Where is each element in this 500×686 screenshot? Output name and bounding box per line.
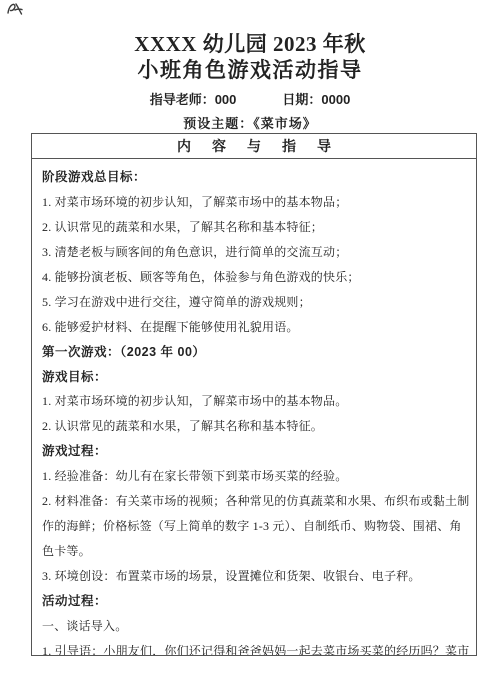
content-line: 6. 能够爱护材料、在提醒下能够使用礼貌用语。 bbox=[42, 315, 470, 340]
corner-scribble-icon bbox=[6, 2, 23, 16]
content-line: 1. 经验准备：幼儿有在家长带领下到菜市场买菜的经验。 bbox=[42, 464, 470, 489]
content-line: 1. 对菜市场环境的初步认知，了解菜市场中的基本物品； bbox=[42, 190, 470, 215]
doc-title-line1: XXXX 幼儿园 2023 年秋 bbox=[0, 31, 500, 57]
content-line: 第一次游戏：（2023 年 00） bbox=[42, 340, 470, 365]
content-line: 色卡等。 bbox=[42, 539, 470, 564]
content-line: 2. 认识常见的蔬菜和水果，了解其名称和基本特征。 bbox=[42, 414, 470, 439]
theme-field: 预设主题：《菜市场》 bbox=[0, 115, 500, 133]
content-line: 5. 学习在游戏中进行交往，遵守简单的游戏规则； bbox=[42, 290, 470, 315]
page: XXXX 幼儿园 2023 年秋 小班角色游戏活动指导 指导老师：000 日期：… bbox=[0, 0, 500, 686]
content-line: 2. 材料准备：有关菜市场的视频；各种常见的仿真蔬菜和水果、布织布或黏土制 bbox=[42, 489, 470, 514]
content-line: 活动过程： bbox=[42, 589, 470, 614]
table-header-label: 内容与指导 bbox=[177, 136, 352, 156]
content-table: 内容与指导 阶段游戏总目标：1. 对菜市场环境的初步认知，了解菜市场中的基本物品… bbox=[31, 133, 477, 656]
teacher-field: 指导老师：000 bbox=[150, 91, 237, 109]
content-line: 游戏过程： bbox=[42, 439, 470, 464]
meta-row: 指导老师：000 日期：0000 bbox=[0, 91, 500, 109]
table-body: 阶段游戏总目标：1. 对菜市场环境的初步认知，了解菜市场中的基本物品；2. 认识… bbox=[32, 159, 476, 656]
content-line: 一、谈话导入。 bbox=[42, 614, 470, 639]
content-line: 阶段游戏总目标： bbox=[42, 165, 470, 190]
content-line: 3. 环境创设：布置菜市场的场景，设置摊位和货架、收银台、电子秤。 bbox=[42, 564, 470, 589]
content-line: 1. 对菜市场环境的初步认知，了解菜市场中的基本物品。 bbox=[42, 389, 470, 414]
content-line: 3. 清楚老板与顾客间的角色意识，进行简单的交流互动； bbox=[42, 240, 470, 265]
content-line: 2. 认识常见的蔬菜和水果，了解其名称和基本特征； bbox=[42, 215, 470, 240]
table-header-row: 内容与指导 bbox=[32, 134, 476, 159]
content-line: 4. 能够扮演老板、顾客等角色，体验参与角色游戏的快乐； bbox=[42, 265, 470, 290]
content-line: 游戏目标： bbox=[42, 365, 470, 390]
doc-title-line2: 小班角色游戏活动指导 bbox=[0, 57, 500, 83]
date-field: 日期：0000 bbox=[282, 91, 350, 109]
content-line: 作的海鲜；价格标签（写上简单的数字 1-3 元）、自制纸币、购物袋、围裙、角 bbox=[42, 514, 470, 539]
content-line: 1. 引导语：小朋友们，你们还记得和爸爸妈妈一起去菜市场买菜的经历吗？菜市 bbox=[42, 639, 470, 656]
